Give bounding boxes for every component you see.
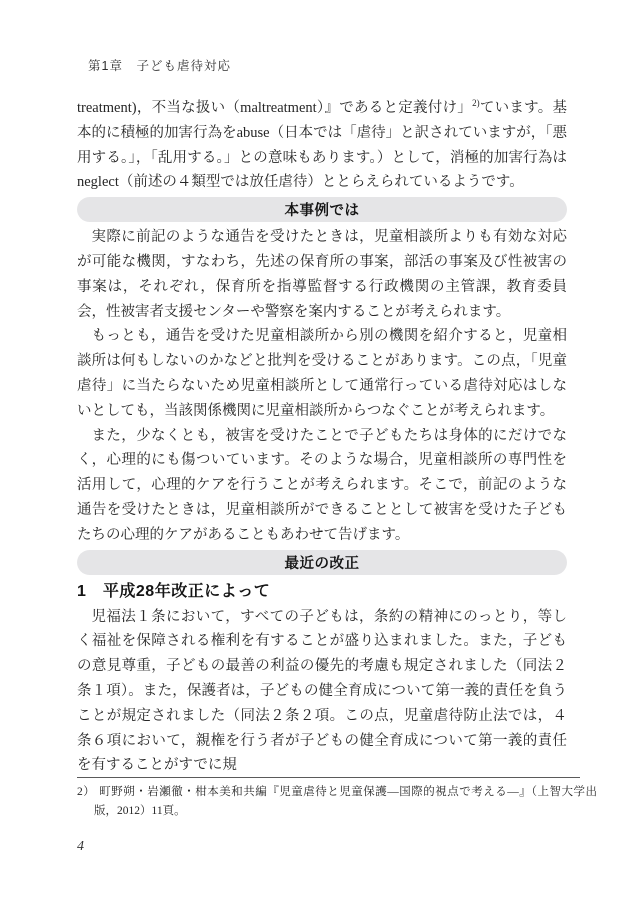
page-number: 4 <box>77 839 84 855</box>
section-bar-case: 本事例では <box>77 197 567 222</box>
page-body: treatment)，不当な扱い（maltreatment）』であると定義付け」… <box>77 96 567 778</box>
section-bar-revision: 最近の改正 <box>77 550 567 575</box>
paragraph-text: treatment)，不当な扱い（maltreatment）』であると定義付け」 <box>77 100 472 116</box>
paragraph: また，少なくとも，被害を受けたことで子どもたちは身体的にだけでなく，心理的にも傷… <box>77 424 567 548</box>
section-bar-title: 本事例では <box>285 199 360 220</box>
paragraph: もっとも，通告を受けた児童相談所から別の機関を紹介すると，児童相談所は何もしない… <box>77 324 567 423</box>
section-bar-title: 最近の改正 <box>285 552 360 573</box>
footnote-marker: 2） <box>77 786 95 798</box>
paragraph-continuation: treatment)，不当な扱い（maltreatment）』であると定義付け」… <box>77 96 567 195</box>
paragraph: 児福法１条において，すべての子どもは，条約の精神にのっとり，等しく福祉を保障され… <box>77 605 567 779</box>
subsection-heading: 1 平成28年改正によって <box>77 579 567 605</box>
footnote-divider <box>77 777 580 778</box>
footnote-text: 町野朔・岩瀬徹・柑本美和共編『児童虐待と児童保護―国際的視点で考える―』（上智大… <box>94 786 597 817</box>
footnote: 2）町野朔・岩瀬徹・柑本美和共編『児童虐待と児童保護―国際的視点で考える―』（上… <box>77 783 597 820</box>
footnote-reference-mark: 2) <box>472 98 480 108</box>
book-page: 第1章 子ども虐待対応 treatment)，不当な扱い（maltreatmen… <box>0 0 642 900</box>
paragraph: 実際に前記のような通告を受けたときは，児童相談所よりも有効な対応が可能な機関，す… <box>77 225 567 324</box>
running-header: 第1章 子ども虐待対応 <box>88 59 231 74</box>
